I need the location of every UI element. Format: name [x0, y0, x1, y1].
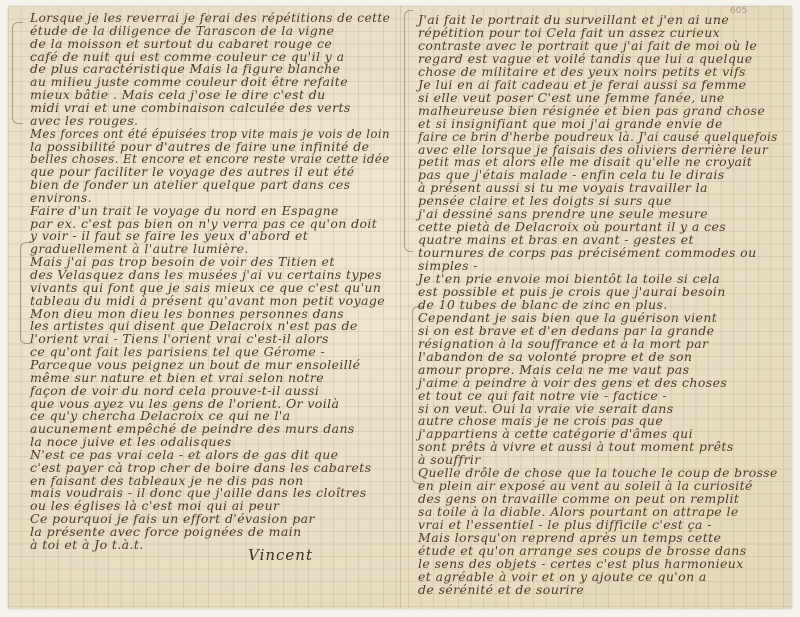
- right-page: J'ai fait le portrait du surveillant et …: [400, 6, 792, 609]
- left-page: Vincent Lorsque je les reverrai je ferai…: [8, 6, 400, 609]
- pencil-bracket: [12, 22, 23, 124]
- signature: Vincent: [248, 546, 313, 564]
- handwritten-line: de sérénité et de sourire: [418, 582, 584, 597]
- handwritten-line: à toi et à Jo t.à.t.: [30, 537, 144, 552]
- pencil-bracket: [404, 10, 413, 252]
- letter-sheet: 605 Vincent Lorsque je les reverrai je f…: [8, 6, 792, 609]
